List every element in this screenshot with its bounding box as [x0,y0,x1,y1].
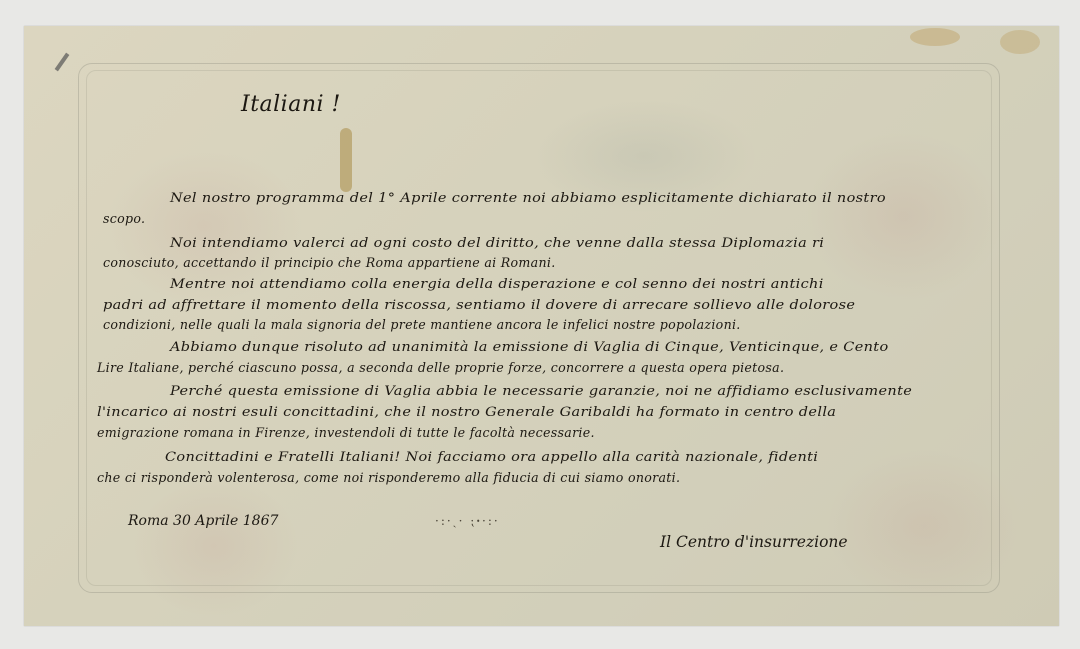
document-title: Italiani ! [241,92,341,117]
text-line: Concittadini e Fratelli Italiani! Noi fa… [165,449,818,464]
text-line: Nel nostro programma del 1° Aprile corre… [170,190,886,205]
text-line: condizioni, nelle quali la mala signoria… [103,317,741,332]
text-line: emigrazione romana in Firenze, investend… [97,425,595,440]
text-line: Noi intendiamo valerci ad ogni costo del… [170,235,824,250]
text-line: Perché questa emissione di Vaglia abbia … [170,383,912,398]
text-line: conosciuto, accettando il principio che … [103,255,556,270]
text-line: padri ad affrettare il momento della ris… [103,297,855,312]
paper-stain [340,128,352,192]
text-line: scopo. [103,211,145,226]
text-line: l'incarico ai nostri esuli concittadini,… [97,404,836,419]
paper-stain [910,28,960,46]
text-line: che ci risponderà volenterosa, come noi … [97,470,680,485]
text-line: Mentre noi attendiamo colla energia dell… [170,276,824,291]
text-line: Abbiamo dunque risoluto ad unanimità la … [170,339,889,354]
paper-stain [1000,30,1040,54]
signature: Il Centro d'insurrezione [660,533,848,551]
place-date: Roma 30 Aprile 1867 [128,513,278,529]
text-line: Lire Italiane, perché ciascuno possa, a … [97,360,784,375]
ink-marks: ·:·ˏ· ⁏ꞏ·:· [435,512,500,529]
